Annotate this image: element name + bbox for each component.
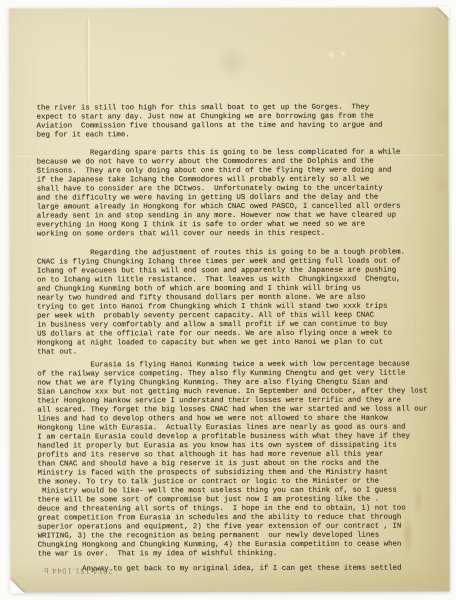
- paper-corner-fold-bottom-left: [10, 579, 25, 594]
- letter-body: the river is still too high for this sma…: [36, 103, 441, 574]
- letter-paragraph-eurasia: Eurasia is flying Hanoi Kunming twice a …: [37, 360, 442, 559]
- pencil-accession-note: 2014.151.1044 b: [17, 566, 113, 575]
- letter-paragraph-river-gorges: the river is still too high for this sma…: [36, 103, 440, 140]
- scanned-document-background: the river is still too high for this sma…: [0, 0, 456, 600]
- letter-paragraph-routes-adjustment: Regarding the adjustment of routes this …: [37, 248, 441, 357]
- letter-paper: the river is still too high for this sma…: [9, 7, 450, 592]
- paper-crease-vertical: [85, 18, 90, 103]
- paper-corner-fold-top-right: [437, 6, 449, 18]
- letter-paragraph-spare-parts: Regarding spare parts this is going to b…: [37, 148, 441, 239]
